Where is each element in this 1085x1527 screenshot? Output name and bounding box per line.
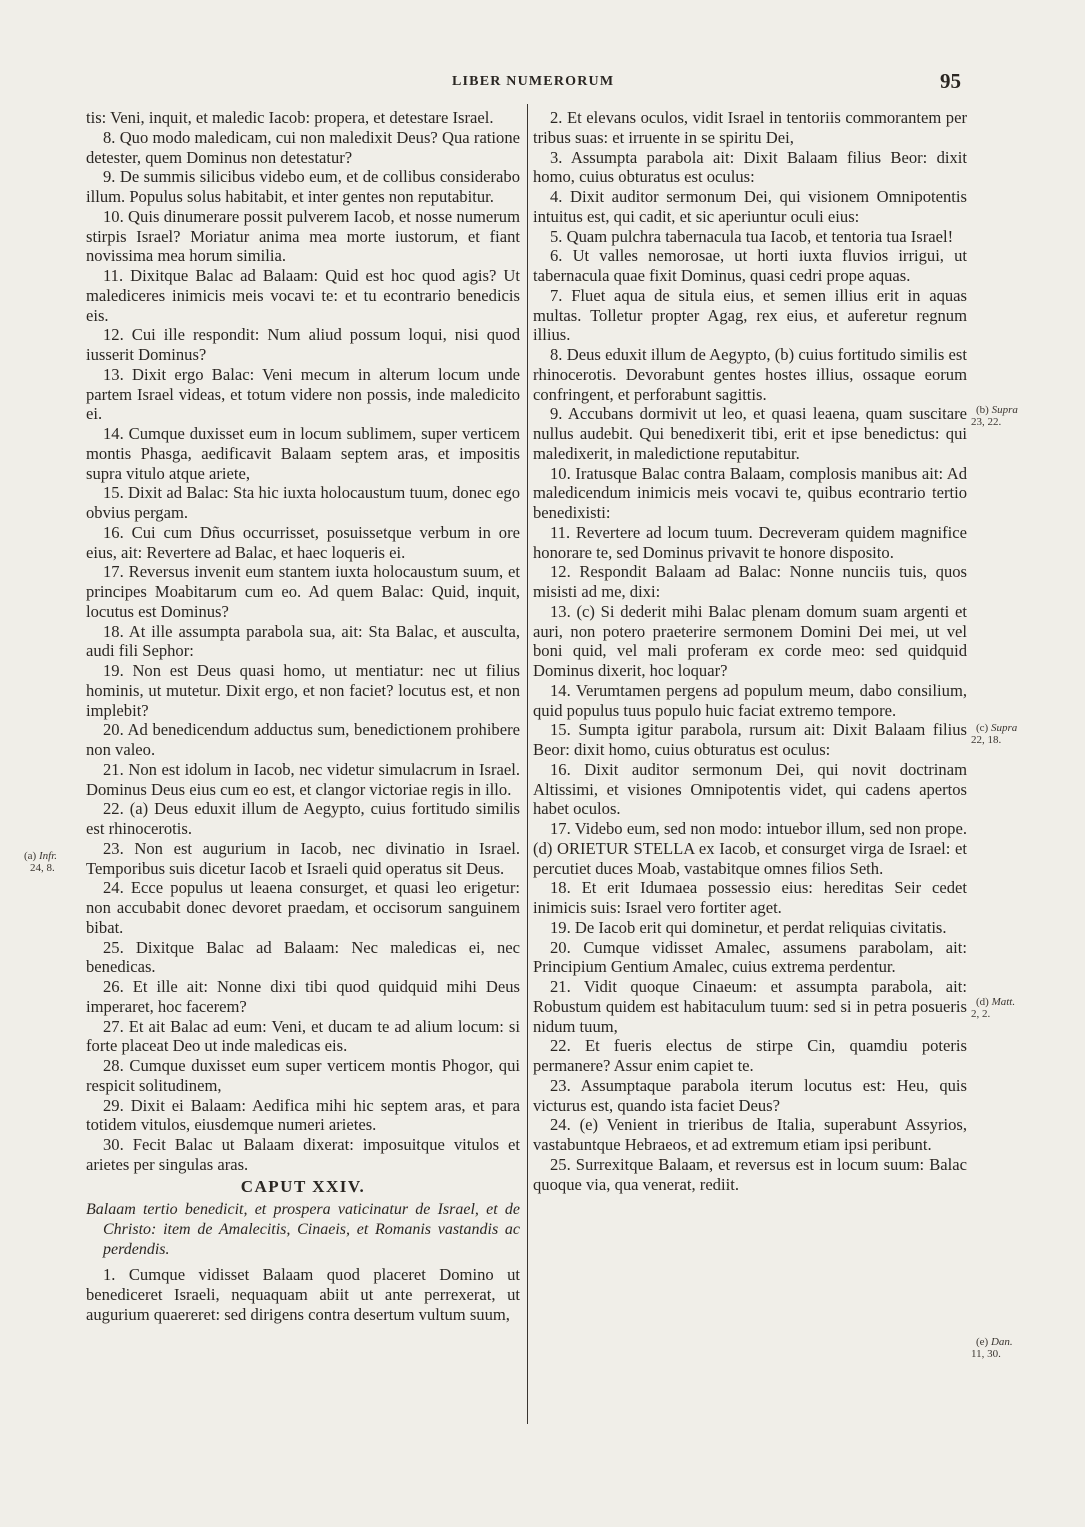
verse: 15. Sumpta igitur parabola, rursum ait: … — [533, 720, 967, 760]
margin-note-c: (c) Supra 22, 18. — [976, 722, 1017, 746]
verse: 18. Et erit Idumaea possessio eius: here… — [533, 878, 967, 918]
verse: 10. Quis dinumerare possit pulverem Iaco… — [86, 207, 520, 266]
note-loc: 22, 18. — [971, 734, 1001, 746]
note-ref: Dan. — [991, 1336, 1013, 1348]
verse: 7. Fluet aqua de situla eius, et semen i… — [533, 286, 967, 345]
verse: 20. Cumque vidisset Amalec, assumens par… — [533, 938, 967, 978]
verse: 27. Et ait Balac ad eum: Veni, et ducam … — [86, 1017, 520, 1057]
verse: tis: Veni, inquit, et maledic Iacob: pro… — [86, 108, 520, 128]
margin-note-e: (e) Dan. 11, 30. — [976, 1336, 1013, 1360]
note-loc: 11, 30. — [971, 1348, 1001, 1360]
verse: 12. Respondit Balaam ad Balac: Nonne nun… — [533, 562, 967, 602]
verse: 4. Dixit auditor sermonum Dei, qui visio… — [533, 187, 967, 227]
verse: 24. Ecce populus ut leaena consurget, et… — [86, 878, 520, 937]
verse: 23. Assumptaque parabola iterum locutus … — [533, 1076, 967, 1116]
note-mark: (a) — [24, 850, 36, 862]
verse: 21. Non est idolum in Iacob, nec videtur… — [86, 760, 520, 800]
verse: 21. Vidit quoque Cinaeum: et assumpta pa… — [533, 977, 967, 1036]
note-mark: (e) — [976, 1336, 988, 1348]
note-ref: Matt. — [992, 996, 1016, 1008]
verse: 1. Cumque vidisset Balaam quod placeret … — [86, 1265, 520, 1324]
verse: 15. Dixit ad Balac: Sta hic iuxta holoca… — [86, 483, 520, 523]
verse: 16. Dixit auditor sermonum Dei, qui novi… — [533, 760, 967, 819]
verse: 20. Ad benedicendum adductus sum, benedi… — [86, 720, 520, 760]
verse: 17. Videbo eum, sed non modo: intuebor i… — [533, 819, 967, 878]
right-column: 2. Et elevans oculos, vidit Israel in te… — [533, 108, 967, 1194]
verse: 2. Et elevans oculos, vidit Israel in te… — [533, 108, 967, 148]
verse: 29. Dixit ei Balaam: Aedifica mihi hic s… — [86, 1096, 520, 1136]
note-mark: (d) — [976, 996, 989, 1008]
verse: 10. Iratusque Balac contra Balaam, compl… — [533, 464, 967, 523]
verse: 6. Ut valles nemorosae, ut horti iuxta f… — [533, 246, 967, 286]
verse: 17. Reversus invenit eum stantem iuxta h… — [86, 562, 520, 621]
verse: 11. Revertere ad locum tuum. Decreveram … — [533, 523, 967, 563]
verse: 9. Accubans dormivit ut leo, et quasi le… — [533, 404, 967, 463]
chapter-heading: CAPUT XXIV. — [86, 1177, 520, 1197]
verse: 19. De Iacob erit qui dominetur, et perd… — [533, 918, 967, 938]
margin-note-b: (b) Supra 23, 22. — [976, 404, 1018, 428]
page-header: LIBER NUMERORUM 95 — [0, 74, 1085, 96]
verse: 13. Dixit ergo Balac: Veni mecum in alte… — [86, 365, 520, 424]
page-number: 95 — [940, 69, 961, 94]
left-column: tis: Veni, inquit, et maledic Iacob: pro… — [86, 108, 520, 1325]
verse: 25. Surrexitque Balaam, et reversus est … — [533, 1155, 967, 1195]
verse: 24. (e) Venient in trieribus de Italia, … — [533, 1115, 967, 1155]
verse: 12. Cui ille respondit: Num aliud possum… — [86, 325, 520, 365]
note-loc: 23, 22. — [971, 416, 1001, 428]
verse: 22. (a) Deus eduxit illum de Aegypto, cu… — [86, 799, 520, 839]
running-title: LIBER NUMERORUM — [452, 74, 614, 90]
verse: 22. Et fueris electus de stirpe Cin, qua… — [533, 1036, 967, 1076]
verse: 16. Cui cum Dñus occurrisset, posuissetq… — [86, 523, 520, 563]
note-loc: 24, 8. — [24, 862, 55, 874]
verse: 19. Non est Deus quasi homo, ut mentiatu… — [86, 661, 520, 720]
margin-note-d: (d) Matt. 2, 2. — [976, 996, 1015, 1020]
verse: 13. (c) Si dederit mihi Balac plenam dom… — [533, 602, 967, 681]
note-mark: (b) — [976, 404, 989, 416]
verse: 26. Et ille ait: Nonne dixi tibi quod qu… — [86, 977, 520, 1017]
note-loc: 2, 2. — [971, 1008, 990, 1020]
verse: 9. De summis silicibus videbo eum, et de… — [86, 167, 520, 207]
verse: 11. Dixitque Balac ad Balaam: Quid est h… — [86, 266, 520, 325]
note-ref: Supra — [992, 404, 1018, 416]
verse: 25. Dixitque Balac ad Balaam: Nec maledi… — [86, 938, 520, 978]
verse: 8. Quo modo maledicam, cui non maledixit… — [86, 128, 520, 168]
verse: 28. Cumque duxisset eum super verticem m… — [86, 1056, 520, 1096]
note-mark: (c) — [976, 722, 988, 734]
verse: 14. Cumque duxisset eum in locum sublime… — [86, 424, 520, 483]
verse: 18. At ille assumpta parabola sua, ait: … — [86, 622, 520, 662]
verse: 8. Deus eduxit illum de Aegypto, (b) cui… — [533, 345, 967, 404]
margin-note-a: (a) Infr. 24, 8. — [24, 850, 57, 874]
note-ref: Infr. — [39, 850, 57, 862]
verse: 14. Verumtamen pergens ad populum meum, … — [533, 681, 967, 721]
column-divider — [527, 104, 528, 1424]
verse: 23. Non est augurium in Iacob, nec divin… — [86, 839, 520, 879]
verse: 5. Quam pulchra tabernacula tua Iacob, e… — [533, 227, 967, 247]
chapter-summary: Balaam tertio benedicit, et prospera vat… — [86, 1200, 520, 1260]
verse: 30. Fecit Balac ut Balaam dixerat: impos… — [86, 1135, 520, 1175]
note-ref: Supra — [991, 722, 1017, 734]
verse: 3. Assumpta parabola ait: Dixit Balaam f… — [533, 148, 967, 188]
